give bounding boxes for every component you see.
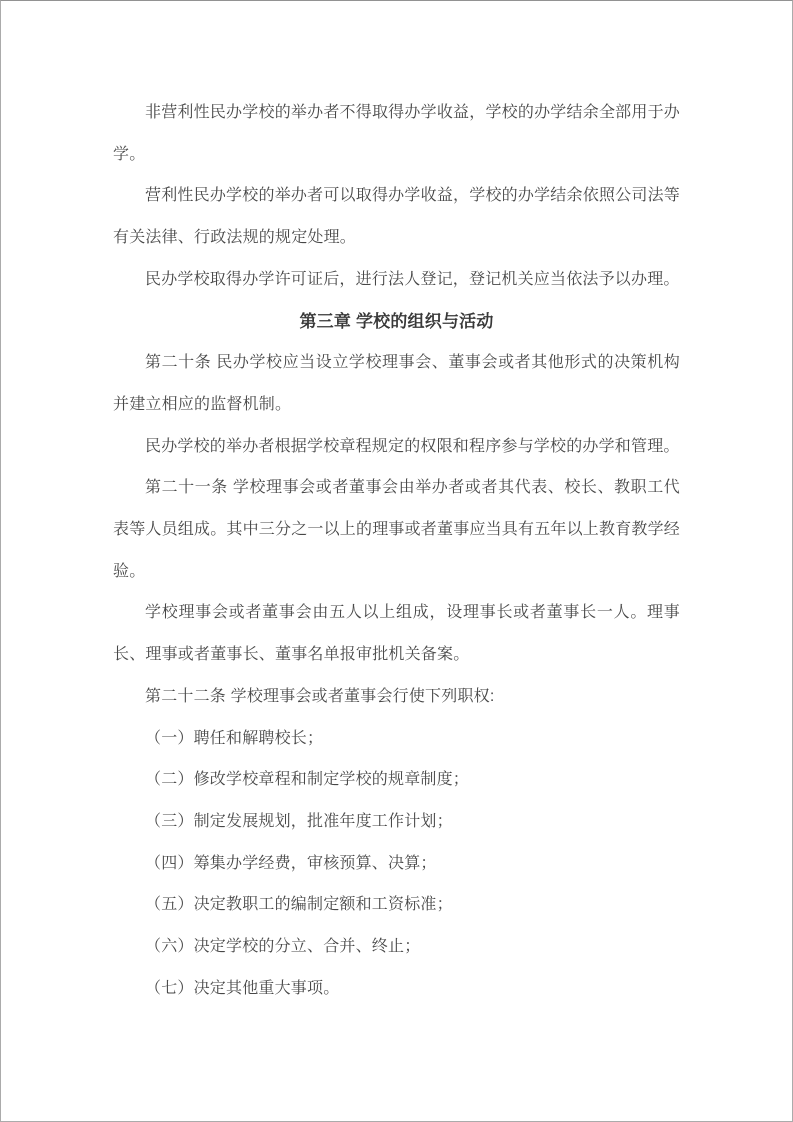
paragraph-nonprofit-surplus: 非营利性民办学校的举办者不得取得办学收益，学校的办学结余全部用于办学。 bbox=[113, 92, 680, 175]
paragraph-council-composition: 学校理事会或者董事会由五人以上组成，设理事长或者董事长一人。理事长、理事或者董事… bbox=[113, 592, 680, 675]
list-item-5: （五）决定教职工的编制定额和工资标准； bbox=[113, 884, 680, 926]
paragraph-article-20: 第二十条 民办学校应当设立学校理事会、董事会或者其他形式的决策机构并建立相应的监… bbox=[113, 342, 680, 425]
list-item-4: （四）筹集办学经费，审核预算、决算； bbox=[113, 843, 680, 885]
document-content: 非营利性民办学校的举办者不得取得办学收益，学校的办学结余全部用于办学。 营利性民… bbox=[1, 1, 792, 1121]
paragraph-forprofit-surplus: 营利性民办学校的举办者可以取得办学收益，学校的办学结余依照公司法等有关法律、行政… bbox=[113, 175, 680, 258]
paragraph-license-registration: 民办学校取得办学许可证后，进行法人登记，登记机关应当依法予以办理。 bbox=[113, 259, 680, 301]
list-item-1: （一）聘任和解聘校长； bbox=[113, 718, 680, 760]
list-item-6: （六）决定学校的分立、合并、终止； bbox=[113, 926, 680, 968]
paragraph-article-22: 第二十二条 学校理事会或者董事会行使下列职权: bbox=[113, 676, 680, 718]
list-item-3: （三）制定发展规划，批准年度工作计划； bbox=[113, 801, 680, 843]
list-item-7: （七）决定其他重大事项。 bbox=[113, 968, 680, 1010]
paragraph-article-21: 第二十一条 学校理事会或者董事会由举办者或者其代表、校长、教职工代表等人员组成。… bbox=[113, 467, 680, 592]
chapter-heading: 第三章 学校的组织与活动 bbox=[113, 301, 680, 343]
list-item-2: （二）修改学校章程和制定学校的规章制度； bbox=[113, 759, 680, 801]
paragraph-sponsor-participation: 民办学校的举办者根据学校章程规定的权限和程序参与学校的办学和管理。 bbox=[113, 426, 680, 468]
document-page: 非营利性民办学校的举办者不得取得办学收益，学校的办学结余全部用于办学。 营利性民… bbox=[0, 0, 793, 1122]
